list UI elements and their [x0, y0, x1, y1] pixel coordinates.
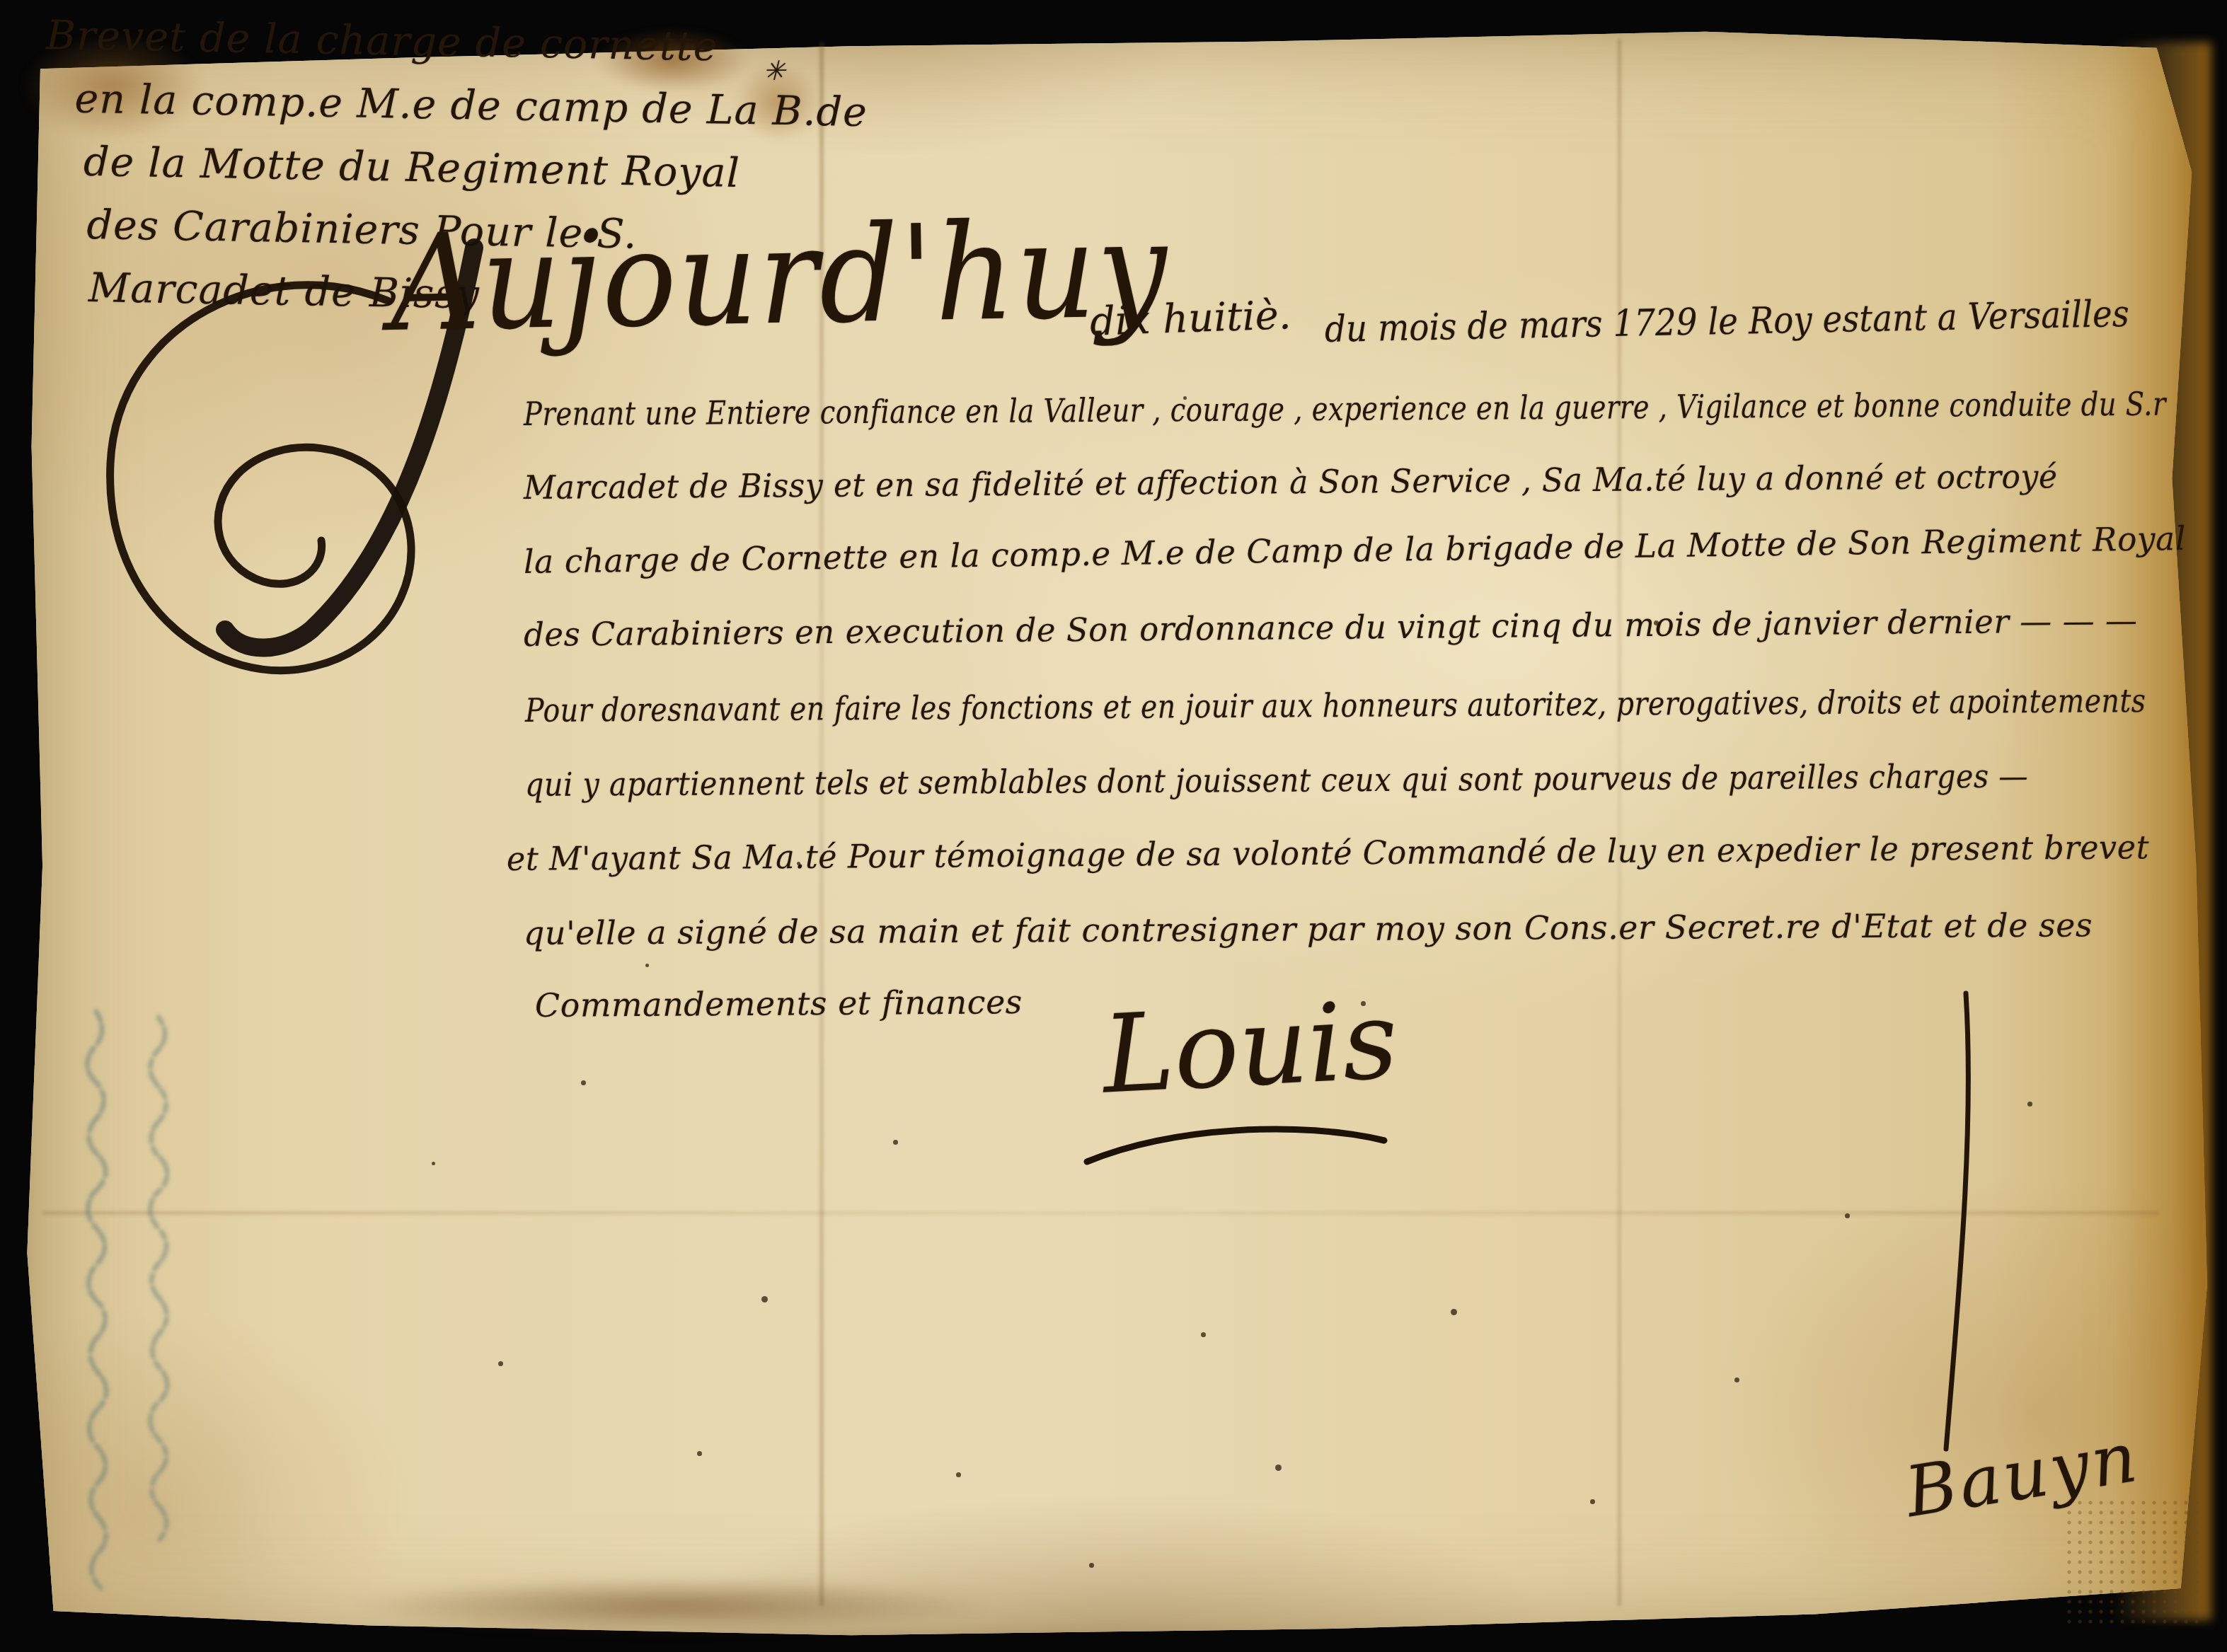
ink-specks	[0, 0, 4, 4]
body-line: Commandements et finances	[535, 983, 1023, 1024]
docket-star-mark: ✳	[763, 55, 786, 86]
manuscript-photo-stage: Brevet de la charge de cornette en la co…	[0, 0, 2227, 1652]
opening-word: Aujourd'huy	[389, 192, 1169, 362]
royal-signature: Louis	[1100, 977, 1401, 1118]
date-fragment: dix huitiè.	[1089, 292, 1292, 345]
